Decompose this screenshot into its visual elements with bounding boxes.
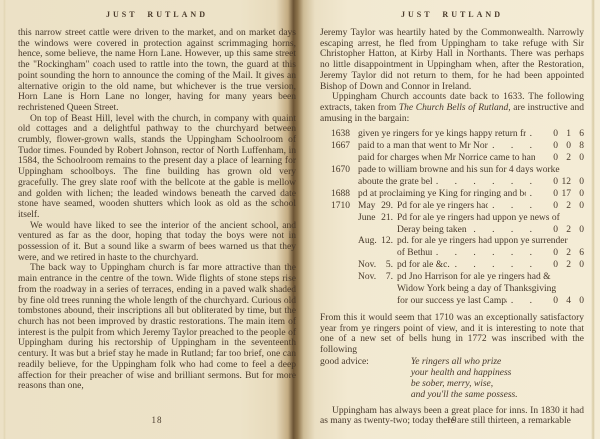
ledger-entry-text: for our success ye last Campaine xyxy=(397,296,507,308)
page-edge-left xyxy=(3,0,6,439)
ledger-amount-pounds: 0 xyxy=(545,248,558,260)
poem-line: and you'll the same possess. xyxy=(411,390,518,401)
paragraph: Jeremy Taylor was heartily hated by the … xyxy=(320,28,584,92)
ledger-row: for our success ye last Campaine . . 0 4… xyxy=(320,296,584,308)
ledger-amount-pence: 6 xyxy=(571,248,584,260)
ledger-entry-text: paid for charges when Mr Norrice came to… xyxy=(358,153,535,165)
ledger-entry-text: pd. for ale ye ringers had uppon ye surr… xyxy=(397,236,584,248)
ledger-amount-pence: 0 xyxy=(571,225,584,237)
ledger-entry-text: Pd for ale ye ringers had uppon ye news … xyxy=(397,213,584,225)
ledger-row: Nov. 7. pd Jno Harrison for ale ye ringe… xyxy=(320,272,584,284)
page-number-right: 19 xyxy=(320,415,584,425)
ledger-row: 1667 paid to a man that went to Mr Norri… xyxy=(320,141,584,153)
ledger-amount-shillings: 12 xyxy=(558,177,571,189)
ledger-amount-pounds: 0 xyxy=(545,260,558,272)
dot-leader: . xyxy=(530,189,539,201)
ledger-entry-text: aboute the grate bell xyxy=(358,177,432,189)
ledger-amount-pence: 0 xyxy=(571,296,584,308)
ledger-month: Aug. xyxy=(358,236,380,248)
paragraph: We would have liked to see the interior … xyxy=(18,221,296,264)
ledger-row: 1688 pd at proclaiming ye King for ringi… xyxy=(320,189,584,201)
running-header-left: JUST RUTLAND xyxy=(18,10,296,19)
paragraph: From this it would seem that 1710 was an… xyxy=(320,313,584,356)
right-page: JUST RUTLAND Jeremy Taylor was heartily … xyxy=(320,8,584,431)
left-page: JUST RUTLAND this narrow street cattle w… xyxy=(18,8,296,431)
ledger-amount-pounds: 0 xyxy=(545,189,558,201)
ledger-amount-pounds: 0 xyxy=(545,153,558,165)
dot-leader: . xyxy=(530,129,539,141)
ledger-amount-shillings: 2 xyxy=(558,201,571,213)
ledger-amount-shillings: 17 xyxy=(558,189,571,201)
ledger-amount-pounds: 0 xyxy=(545,129,558,141)
ledger-amount-pounds: 0 xyxy=(545,177,558,189)
ledger-row: 1710 May 29. Pd for ale ye ringers had .… xyxy=(320,201,584,213)
ledger-entry-text: pd at proclaiming ye King for ringing an… xyxy=(358,189,526,201)
bell-inscription-poem: Ye ringers all who prize your health and… xyxy=(411,357,518,402)
ledger-month: June xyxy=(358,213,380,225)
ledger-amount-shillings: 2 xyxy=(558,260,571,272)
ledger-year: 1710 xyxy=(328,201,350,213)
good-advice-label: good advice: xyxy=(320,357,369,402)
poem-line: your health and happiness xyxy=(411,368,518,379)
dot-leader: . . . . . xyxy=(455,260,539,272)
ledger-year: 1670 xyxy=(328,165,350,177)
ledger-amount-pence: 0 xyxy=(571,177,584,189)
ledger-row: aboute the grate bell . . . . . . 0 12 0 xyxy=(320,177,584,189)
ledger-entry-text: pd Jno Harrison for ale ye ringers had & xyxy=(397,272,584,284)
ledger-row: June 21. Pd for ale ye ringers had uppon… xyxy=(320,213,584,225)
ledger-entry-text: paid to a man that went to Mr Norrice xyxy=(358,141,488,153)
ledger-entry-text: Deray being taken xyxy=(397,225,469,237)
ledger-row: Deray being taken . . . . 0 2 0 xyxy=(320,225,584,237)
ledger-day: 7. xyxy=(380,272,393,284)
ledger-entry-text: Widow York being a day of Thanksgiving xyxy=(397,284,584,296)
ledger-amount-pence: 0 xyxy=(571,260,584,272)
ledger-entry-text: pd for ale &c. xyxy=(397,260,451,272)
ledger-amount-pence: 8 xyxy=(571,141,584,153)
ledger-day: 5. xyxy=(380,260,393,272)
ledger-amount-pounds: 0 xyxy=(545,201,558,213)
book-title-italic: The Church Bells of Rutland xyxy=(399,103,508,113)
ledger-entry-text: of Bethune xyxy=(397,248,432,260)
ledger-row: Widow York being a day of Thanksgiving xyxy=(320,284,584,296)
ledger-amount-pence: 0 xyxy=(571,189,584,201)
ledger-day: 29. xyxy=(380,201,393,213)
dot-leader: . . . xyxy=(492,201,539,213)
page-number-left: 18 xyxy=(18,415,296,425)
ledger-amount-pounds: 0 xyxy=(545,225,558,237)
ledger-entry-text: Pd for ale ye ringers had xyxy=(397,201,488,213)
ledger-row: paid for charges when Mr Norrice came to… xyxy=(320,153,584,165)
ledger-month: Nov. xyxy=(358,272,380,284)
ledger-row: 1670 pade to william browne and his sun … xyxy=(320,165,584,177)
ledger-amount-pence: 0 xyxy=(571,153,584,165)
poem-line: Ye ringers all who prize xyxy=(411,357,518,368)
running-header-right: JUST RUTLAND xyxy=(320,10,584,19)
ledger-amount-shillings: 1 xyxy=(558,129,571,141)
dot-leader: . . . . . . xyxy=(436,177,539,189)
ledger-amount-shillings: 0 xyxy=(558,141,571,153)
paragraph: On top of Beast Hill, level with the chu… xyxy=(18,114,296,221)
ledger-year: 1688 xyxy=(328,189,350,201)
dot-leader: . . . xyxy=(492,141,539,153)
ledger-amount-pounds: 0 xyxy=(545,141,558,153)
ledger-amount-pence: 0 xyxy=(571,201,584,213)
ledger-row: of Bethune . . . . . . 0 2 6 xyxy=(320,248,584,260)
ledger-amount-pounds: 0 xyxy=(545,296,558,308)
ledger-year: 1638 xyxy=(328,129,350,141)
ledger-amount-pence: 6 xyxy=(571,129,584,141)
ledger-day: 12. xyxy=(380,236,393,248)
ledger-row: Nov. 5. pd for ale &c. . . . . . 0 2 0 xyxy=(320,260,584,272)
page-edge-right xyxy=(591,0,595,439)
bell-inscription-block: good advice: Ye ringers all who prize yo… xyxy=(320,357,584,402)
ledger-amount-shillings: 2 xyxy=(558,248,571,260)
ledger-entry-text: given ye ringers for ye kings happy retu… xyxy=(358,129,526,141)
book-spread: JUST RUTLAND this narrow street cattle w… xyxy=(0,0,600,439)
ledger-entry-text: pade to william browne and his sun for 4… xyxy=(358,165,584,177)
church-accounts-ledger: 1638 given ye ringers for ye kings happy… xyxy=(320,129,584,308)
paragraph: this narrow street cattle were driven to… xyxy=(18,28,296,114)
poem-line: be sober, merry, wise, xyxy=(411,379,518,390)
paragraph: The back way to Uppingham church is far … xyxy=(18,263,296,391)
ledger-row: 1638 given ye ringers for ye kings happy… xyxy=(320,129,584,141)
ledger-day: 21. xyxy=(380,213,393,225)
ledger-month: May xyxy=(358,201,380,213)
ledger-amount-shillings: 2 xyxy=(558,153,571,165)
ledger-year: 1667 xyxy=(328,141,350,153)
dot-leader: . . . . xyxy=(473,225,539,237)
ledger-amount-shillings: 4 xyxy=(558,296,571,308)
ledger-row: Aug. 12. pd. for ale ye ringers had uppo… xyxy=(320,236,584,248)
ledger-month: Nov. xyxy=(358,260,380,272)
dot-leader: . . . . . . xyxy=(436,248,539,260)
ledger-amount-shillings: 2 xyxy=(558,225,571,237)
dot-leader: . . xyxy=(511,296,539,308)
paragraph: Uppingham Church accounts date back to 1… xyxy=(320,92,584,124)
